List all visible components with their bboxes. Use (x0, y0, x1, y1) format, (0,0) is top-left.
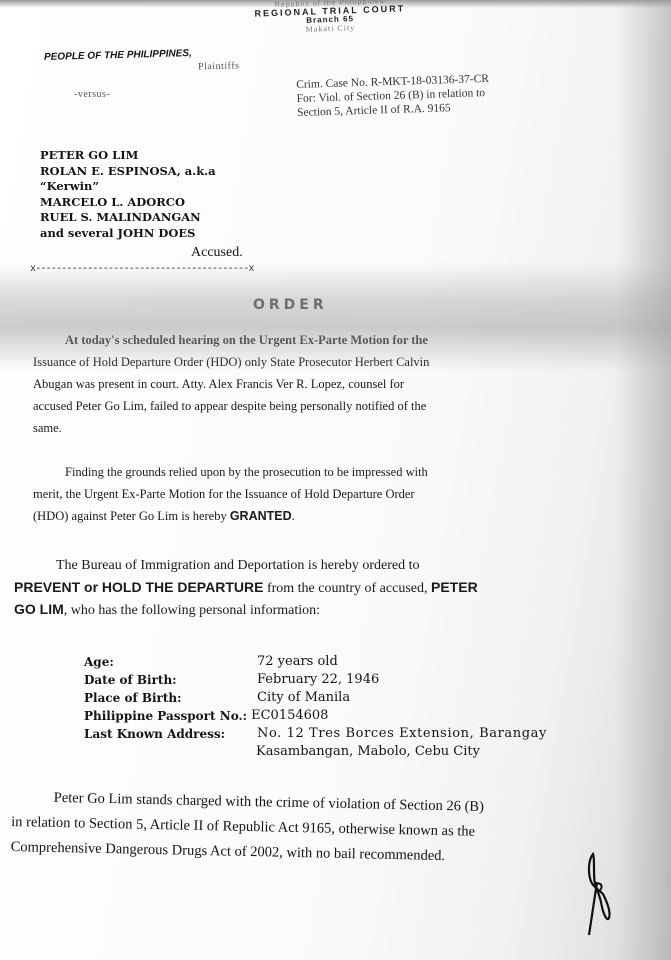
plaintiff-role: Plaintiffs (198, 60, 240, 72)
accused-name: ROLAN E. ESPINOSA, a.k.a (40, 164, 216, 180)
info-label: Place of Birth: (84, 689, 257, 707)
info-row-pob: Place of Birth: City of Manila (84, 689, 547, 707)
accused-name: and several JOHN DOES (40, 226, 216, 242)
caption-separator: x---------------------------------------… (30, 264, 254, 275)
info-row-age: Age: 72 years old (84, 653, 547, 671)
text-line: from the country of accused, (263, 581, 431, 596)
paragraph-charge: Peter Go Lim stands charged with the cri… (10, 785, 484, 870)
document-page: Republic of the Philippines REGIONAL TRI… (0, 0, 671, 960)
text-line: Issuance of Hold Departure Order (HDO) o… (33, 351, 429, 373)
accused-list: PETER GO LIM ROLAN E. ESPINOSA, a.k.a “K… (40, 148, 216, 241)
text-line: Peter Go Lim stands charged with the cri… (54, 790, 484, 815)
text-line: Abugan was present in court. Atty. Alex … (33, 373, 429, 395)
info-value: No. 12 Tres Borces Extension, Barangay (257, 725, 547, 743)
accused-name: PETER GO LIM (40, 148, 216, 164)
text-line: , who has the following personal informa… (64, 603, 320, 618)
paragraph-ruling: Finding the grounds relied upon by the p… (33, 461, 428, 527)
granted-emphasis: GRANTED (230, 509, 292, 523)
text-line: same. (33, 417, 429, 439)
signature-initials (585, 852, 625, 937)
info-value: 72 years old (257, 653, 338, 671)
plaintiff-name: PEOPLE OF THE PHILIPPINES, (44, 48, 192, 63)
case-info: Crim. Case No. R-MKT-18-03136-37-CR For:… (296, 72, 490, 120)
info-value: February 22, 1946 (257, 671, 379, 689)
info-value: EC0154608 (251, 707, 328, 725)
info-value: City of Manila (257, 689, 350, 707)
accused-name: MARCELO L. ADORCO (40, 195, 216, 211)
versus-label: -versus- (74, 89, 110, 100)
text-line: The Bureau of Immigration and Deportatio… (56, 558, 420, 573)
accused-alias: “Kerwin” (40, 179, 216, 195)
text-line: (HDO) against Peter Go Lim is hereby (33, 509, 230, 523)
info-label: Philippine Passport No.: (84, 707, 247, 725)
text-line: merit, the Urgent Ex-Parte Motion for th… (33, 483, 428, 505)
info-label: Last Known Address: (84, 725, 257, 743)
info-row-passport: Philippine Passport No.: EC0154608 (84, 707, 547, 725)
paragraph-hearing: At today's scheduled hearing on the Urge… (33, 329, 429, 439)
text-line: At today's scheduled hearing on the Urge… (65, 333, 428, 347)
text-line: Finding the grounds relied upon by the p… (65, 465, 428, 479)
accused-role: Accused. (191, 245, 243, 261)
info-value: Kasambangan, Mabolo, Cebu City (84, 743, 547, 761)
accused-emphasis: GO LIM (14, 601, 64, 617)
info-row-address: Last Known Address: No. 12 Tres Borces E… (84, 725, 547, 743)
personal-info-block: Age: 72 years old Date of Birth: Februar… (84, 653, 547, 761)
paragraph-directive: The Bureau of Immigration and Deportatio… (14, 555, 478, 622)
accused-emphasis: PETER (431, 579, 478, 595)
page-edge-shadow (616, 0, 671, 960)
court-header: Republic of the Philippines REGIONAL TRI… (229, 0, 430, 36)
info-label: Age: (84, 653, 257, 671)
directive-emphasis: PREVENT or HOLD THE DEPARTURE (14, 579, 263, 595)
info-label: Date of Birth: (84, 671, 257, 689)
info-row-dob: Date of Birth: February 22, 1946 (84, 671, 547, 689)
document-title: ORDER (253, 297, 328, 313)
text-line: accused Peter Go Lim, failed to appear d… (33, 395, 429, 417)
accused-name: RUEL S. MALINDANGAN (40, 210, 216, 226)
